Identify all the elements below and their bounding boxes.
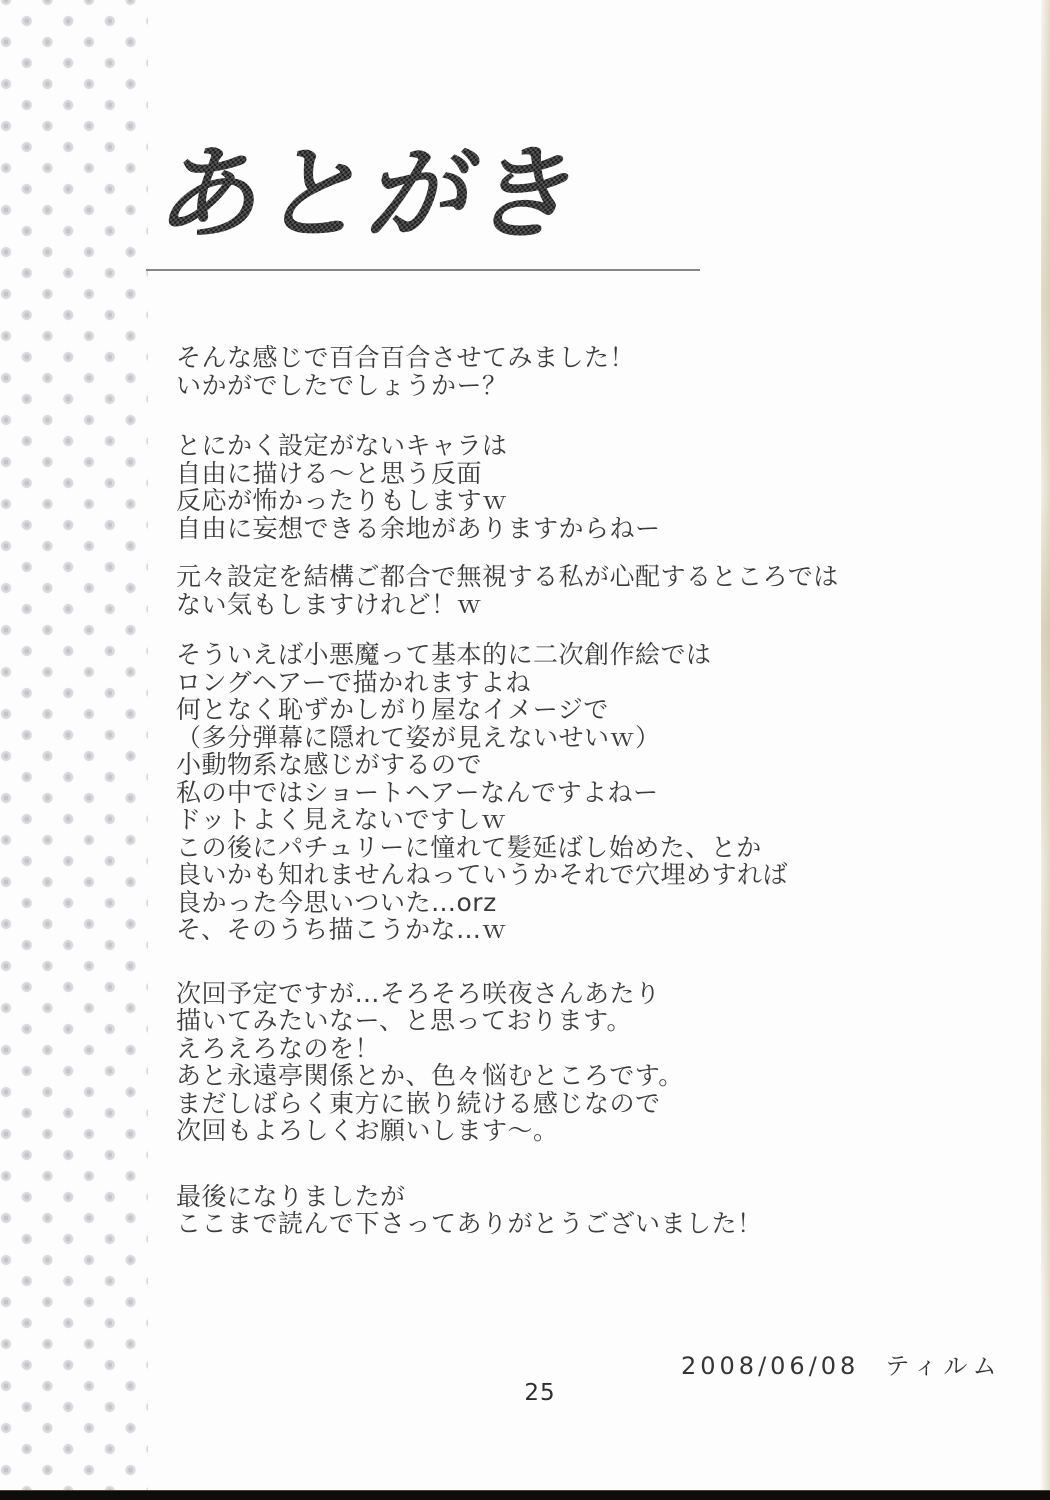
text-line: そんな感じで百合百合させてみました！	[176, 344, 896, 372]
text-line: そういえば小悪魔って基本的に二次創作絵では	[176, 641, 896, 669]
text-line: 何となく恥ずかしがり屋なイメージで	[176, 696, 896, 724]
text-line: 元々設定を結構ご都合で無視する私が心配するところでは	[176, 563, 896, 591]
text-line: ない気もしますけれど！ｗ	[176, 591, 896, 619]
signature-line: 2008/06/08ティルム	[681, 1346, 1002, 1381]
text-line: そ、そのうち描こうかな…ｗ	[176, 916, 896, 944]
paragraph: そういえば小悪魔って基本的に二次創作絵ではロングヘアーで描かれますよね何となく恥…	[176, 641, 896, 944]
text-line: ロングヘアーで描かれますよね	[176, 669, 896, 697]
text-line: 私の中ではショートヘアーなんですよねー	[176, 779, 896, 807]
text-line: とにかく設定がないキャラは	[176, 432, 896, 460]
page-title: あとがき	[150, 136, 595, 253]
text-line: 描いてみたいなー、と思っております。	[176, 1007, 896, 1035]
scan-edge-right	[1041, 0, 1050, 1492]
paragraph: とにかく設定がないキャラは自由に描ける～と思う反面反応が怖かったりもしますｗ自由…	[176, 432, 896, 542]
text-line: 良いかも知れませんねっていうかそれで穴埋めすれば	[176, 861, 896, 889]
text-line: 自由に描ける～と思う反面	[176, 460, 896, 488]
page-number: 25	[510, 1380, 570, 1406]
text-line: まだしばらく東方に嵌り続ける感じなので	[176, 1090, 896, 1118]
text-line: 小動物系な感じがするので	[176, 751, 896, 779]
paragraph: 最後になりましたがここまで読んで下さってありがとうございました！	[176, 1183, 896, 1238]
scan-edge-bottom	[0, 1490, 1050, 1500]
text-line: いかがでしたでしょうかー？	[176, 372, 896, 400]
text-line: 次回予定ですが…そろそろ咲夜さんあたり	[176, 980, 896, 1008]
text-line: 反応が怖かったりもしますｗ	[176, 487, 896, 515]
paragraph: そんな感じで百合百合させてみました！いかがでしたでしょうかー？	[176, 344, 896, 399]
title-underline	[146, 269, 700, 271]
date-text: 2008/06/08	[681, 1352, 859, 1380]
text-line: この後にパチュリーに憧れて髪延ばし始めた、とか	[176, 834, 896, 862]
text-line: ここまで読んで下さってありがとうございました！	[176, 1210, 896, 1238]
paragraph: 次回予定ですが…そろそろ咲夜さんあたり描いてみたいなー、と思っております。えろえ…	[176, 980, 896, 1145]
text-line: あと永遠亭関係とか、色々悩むところです。	[176, 1062, 896, 1090]
text-line: 最後になりましたが	[176, 1183, 896, 1211]
scanned-afterword-page: あとがき そんな感じで百合百合させてみました！いかがでしたでしょうかー？とにかく…	[0, 0, 1050, 1500]
text-line: 自由に妄想できる余地がありますからねー	[176, 515, 896, 543]
text-line: （多分弾幕に隠れて姿が見えないせいｗ）	[176, 724, 896, 752]
author-name: ティルム	[885, 1352, 1002, 1380]
dot-pattern-border	[0, 0, 148, 1500]
text-line: ドットよく見えないですしｗ	[176, 806, 896, 834]
text-line: 良かった今思いついた…orz	[176, 889, 896, 917]
text-line: 次回もよろしくお願いします～。	[176, 1117, 896, 1145]
paragraph: 元々設定を結構ご都合で無視する私が心配するところではない気もしますけれど！ｗ	[176, 563, 896, 618]
afterword-body: そんな感じで百合百合させてみました！いかがでしたでしょうかー？とにかく設定がない…	[176, 344, 896, 1268]
text-line: えろえろなのを！	[176, 1035, 896, 1063]
